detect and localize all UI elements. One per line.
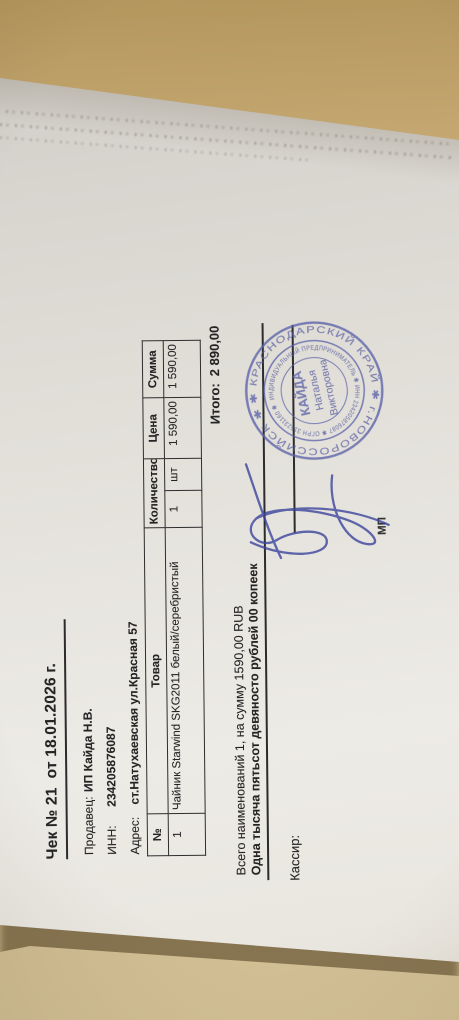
round-seal-stamp: ✱ КРАСНОДАРСКИЙ КРАЙ ✱ г.НОВОРОССИЙСК ✱ …: [240, 316, 388, 464]
amount-line: Всего наименований 1, на сумму 1590,00 R…: [231, 605, 248, 875]
col-header-quantity: Количество: [143, 458, 165, 527]
inn-row: ИНН: 234205876087: [100, 434, 120, 854]
amount-words-line: Одна тысяча пятьсот девяносто рублей 00 …: [246, 563, 263, 875]
address-row: Адрес: ст.Натухаевская ул.Красная 57: [123, 434, 143, 854]
cell-sum: 1 590,00: [163, 340, 201, 397]
col-header-sum: Сумма: [142, 340, 164, 397]
col-header-product: Товар: [144, 527, 168, 813]
col-header-num: №: [147, 813, 168, 855]
address-label: Адрес:: [127, 816, 141, 854]
col-header-price: Цена: [142, 397, 164, 458]
seller-row: Продавец: ИП Кайда Н.В.: [77, 434, 97, 854]
total-row: Итого:2 890,00: [206, 325, 222, 460]
table-row: 1 Чайник Starwind SKG2011 белый/серебрис…: [163, 340, 205, 855]
seller-label: Продавец:: [81, 796, 96, 855]
cell-unit: шт: [164, 458, 201, 490]
items-table: № Товар Количество Цена Сумма 1 Чайник S…: [141, 339, 205, 856]
cell-product: Чайник Starwind SKG2011 белый/серебристы…: [165, 527, 205, 813]
receipt-title: Чек № 21 от 18.01.2026 г.: [41, 619, 68, 859]
cell-qty: 1: [164, 490, 201, 527]
total-value: 2 890,00: [206, 325, 222, 376]
cashier-label: Кассир:: [286, 834, 301, 880]
address-value: ст.Натухаевская ул.Красная 57: [125, 621, 141, 804]
seller-value: ИП Кайда Н.В.: [80, 708, 95, 792]
inn-value: 234205876087: [103, 726, 118, 806]
cell-num: 1: [168, 813, 205, 855]
photo-of-receipt: { "document": { "title": "Чек № 21\u00A0…: [0, 0, 459, 1020]
receipt-document: Чек № 21 от 18.01.2026 г. Продавец: ИП К…: [0, 0, 459, 1020]
inn-label: ИНН:: [104, 825, 118, 854]
cell-price: 1 590,00: [163, 397, 201, 458]
total-label: Итого:: [207, 383, 222, 424]
